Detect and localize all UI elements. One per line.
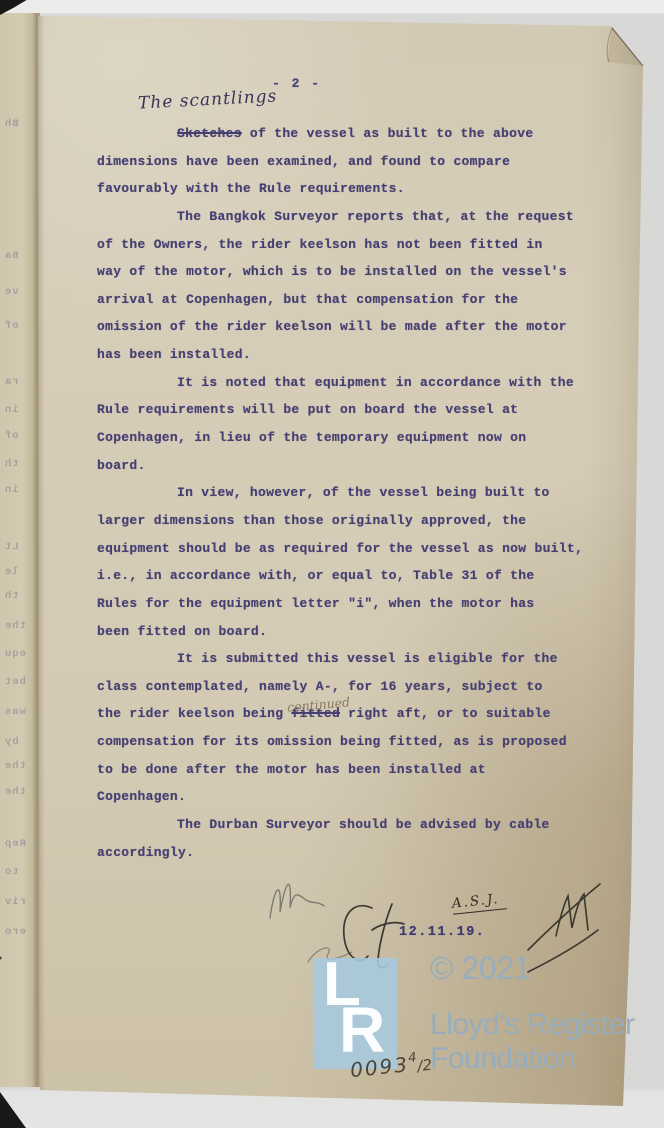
ghost-text-fragment: equ bbox=[4, 648, 26, 660]
typed-line: It is noted that equipment in accordance… bbox=[97, 369, 597, 397]
typed-line: i.e., in accordance with, or equal to, T… bbox=[97, 562, 597, 590]
ghost-text-fragment: to bbox=[4, 866, 19, 878]
ghost-text-fragment: riv bbox=[4, 896, 26, 908]
lloyds-register-logo: L R bbox=[313, 958, 397, 1069]
typed-line: In view, however, of the vessel being bu… bbox=[97, 479, 597, 507]
watermark-org-name-2: Foundation bbox=[430, 1044, 575, 1074]
ghost-text-fragment: Rep bbox=[4, 838, 26, 850]
typed-line: Copenhagen. bbox=[97, 783, 597, 811]
typed-line: favourably with the Rule requirements. bbox=[97, 175, 597, 203]
typed-line: larger dimensions than those originally … bbox=[97, 507, 597, 535]
ghost-text-fragment: ero bbox=[4, 926, 26, 938]
typed-line: Copenhagen, in lieu of the temporary equ… bbox=[97, 424, 597, 452]
typed-line: accordingly. bbox=[97, 839, 597, 867]
ghost-text-fragment: was bbox=[4, 706, 26, 718]
typed-line: dimensions have been examined, and found… bbox=[97, 148, 597, 176]
typed-line: arrival at Copenhagen, but that compensa… bbox=[97, 286, 597, 314]
scan-corner-bottom-left bbox=[0, 1092, 26, 1128]
ghost-text-fragment: ra bbox=[4, 376, 19, 388]
ghost-text-fragment: the bbox=[4, 786, 26, 798]
typed-line: Rules for the equipment letter "i", when… bbox=[97, 590, 597, 618]
ghost-text-fragment: Bh bbox=[4, 118, 19, 130]
ghost-text-fragment: bet bbox=[4, 676, 26, 688]
typed-line: compensation for its omission being fitt… bbox=[97, 728, 597, 756]
ghost-text-fragment: the bbox=[4, 760, 26, 772]
ghost-text-fragment: ve bbox=[4, 286, 19, 298]
scanned-document-view: { "document": { "page_number": "- 2 -", … bbox=[0, 0, 664, 1128]
ghost-text-fragment: Lt bbox=[4, 541, 19, 553]
typed-line: equipment should be as required for the … bbox=[97, 535, 597, 563]
logo-letter-r: R bbox=[339, 998, 385, 1062]
ghost-text-fragment: the bbox=[4, 620, 26, 632]
watermark-org-name: Lloyd's Register bbox=[430, 1010, 635, 1040]
ghost-text-fragment: in bbox=[4, 484, 19, 496]
typed-line: of the Owners, the rider keelson has not… bbox=[97, 231, 597, 259]
ghost-text-fragment: le bbox=[4, 566, 19, 578]
typed-line: way of the motor, which is to be install… bbox=[97, 258, 597, 286]
typed-date: 12.11.19. bbox=[399, 925, 485, 940]
typed-line: The Bangkok Surveyor reports that, at th… bbox=[97, 203, 597, 231]
ghost-text-fragment: in bbox=[4, 404, 19, 416]
ghost-text-fragment: of bbox=[4, 320, 19, 332]
ghost-text-fragment: th bbox=[4, 458, 19, 470]
typed-line: It is submitted this vessel is eligible … bbox=[97, 645, 597, 673]
typed-text: Sketches of the vessel as built to the a… bbox=[97, 120, 597, 866]
page-number: - 2 - bbox=[272, 76, 321, 91]
ghost-text-fragment: of bbox=[4, 430, 19, 442]
typed-line: to be done after the motor has been inst… bbox=[97, 756, 597, 784]
typed-line: omission of the rider keelson will be ma… bbox=[97, 313, 597, 341]
typed-line: Rule requirements will be put on board t… bbox=[97, 396, 597, 424]
typed-line: the rider keelson being fittedcontinued … bbox=[97, 700, 597, 728]
typed-line: The Durban Surveyor should be advised by… bbox=[97, 811, 597, 839]
ghost-text-fragment: Ba bbox=[4, 250, 19, 262]
archive-number-sub: /2 bbox=[416, 1056, 432, 1075]
typed-line: Sketches of the vessel as built to the a… bbox=[97, 120, 597, 148]
typed-line: been fitted on board. bbox=[97, 618, 597, 646]
typed-line: has been installed. bbox=[97, 341, 597, 369]
ghost-text-fragment: th bbox=[4, 590, 19, 602]
watermark-copyright: © 2021 bbox=[430, 952, 531, 984]
typed-line: board. bbox=[97, 452, 597, 480]
ghost-text-fragment: by bbox=[4, 736, 19, 748]
